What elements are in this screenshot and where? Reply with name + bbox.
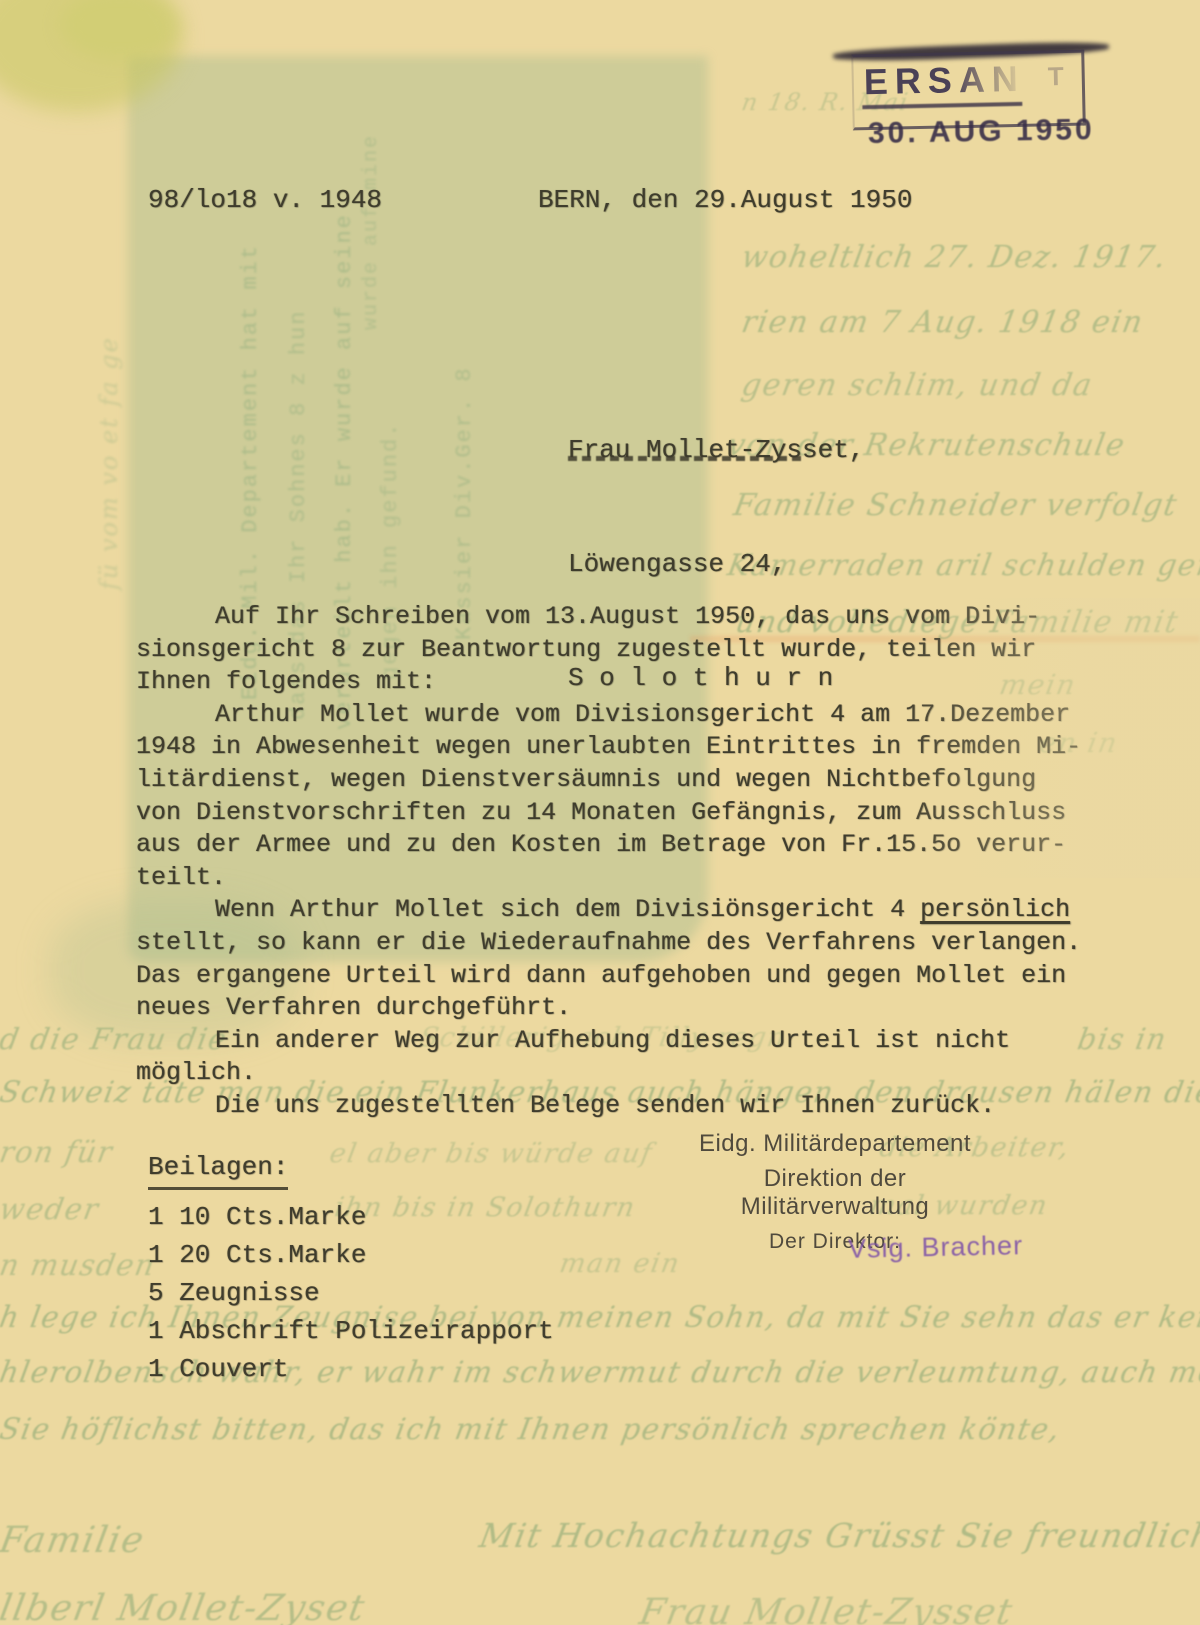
enclosure-item: 1 20 Cts.Marke [148, 1236, 554, 1274]
recipient-name: Frau Mollet-Zysset, [568, 431, 864, 469]
reference-number: 98/lo18 v. 1948 [148, 185, 382, 215]
letter-body-line: von Dienstvorschriften zu 14 Monaten Gef… [136, 797, 1126, 830]
letter-body-line: Das ergangene Urteil wird dann aufgehobe… [136, 960, 1126, 993]
enclosures-heading: Beilagen: [148, 1152, 288, 1190]
letter-body-line: Auf Ihr Schreiben vom 13.August 1950, da… [136, 601, 1126, 634]
bleedthrough-vertical-text: Kassier Div.Ger. 8 [452, 366, 477, 640]
dateline: BERN, den 29.August 1950 [538, 185, 912, 215]
letter-body-line: litärdienst, wegen Dienstversäumnis und … [136, 764, 1126, 797]
enclosure-item: 1 Couvert [148, 1350, 554, 1388]
stamp-underline [862, 102, 1022, 109]
recipient-street: Löwengasse 24, [568, 545, 864, 583]
signature-directorate: Direktion der Militärverwaltung [672, 1165, 998, 1221]
enclosure-item: 1 Abschrift Polizeirapport [148, 1312, 554, 1350]
bleedthrough-vertical-text: fü vom vo et fa ge [95, 336, 123, 590]
bleedthrough-handwriting: ron für [0, 1135, 116, 1169]
enclosures-list: 1 10 Cts.Marke1 20 Cts.Marke5 Zeugnisse1… [148, 1198, 554, 1388]
bleedthrough-handwriting: llberl Mollet-Zyset [0, 1588, 369, 1625]
letter-body-line: teilt. [136, 862, 1126, 895]
stamp-ghost-letter: T [1048, 61, 1065, 92]
letter-body-line: neues Verfahren durchgeführt. [136, 992, 1126, 1025]
letter-body-line: Ein anderer Weg zur Aufhebung dieses Urt… [136, 1025, 1126, 1058]
letter-body-line: Ihnen folgendes mit: [136, 666, 1126, 699]
letter-body-line: Die uns zugestellten Belege senden wir I… [136, 1090, 1126, 1123]
address-dashed-underline [568, 456, 806, 461]
bleedthrough-handwriting: Sie höflichst bitten, das ich mit Ihnen … [0, 1412, 1063, 1446]
scanned-letter-page: Eidg. Mil. Departement hat mitdass das I… [0, 0, 1200, 1625]
letter-body-line: aus der Armee und zu den Kosten im Betra… [136, 829, 1126, 862]
letter-body-line: stellt, so kann er die Wiederaufnahme de… [136, 927, 1126, 960]
bleedthrough-handwriting: el aber bis würde auf [327, 1138, 655, 1169]
letter-body-line: Wenn Arthur Mollet sich dem Divisiönsger… [136, 894, 1126, 927]
stamp-word: ERSAN [863, 58, 1025, 103]
bleedthrough-handwriting: n musden [0, 1248, 158, 1282]
letter-body-line: sionsgericht 8 zur Beantwortung zugestel… [136, 634, 1126, 667]
signature-stamp-name: Vsig. Bracher [848, 1230, 1024, 1265]
bleedthrough-handwriting: Mit Hochachtungs Grüsst Sie freundlich [477, 1516, 1200, 1555]
bleedthrough-handwriting: Familie [0, 1520, 148, 1561]
signature-department: Eidg. Militärdepartement [672, 1130, 998, 1158]
bleedthrough-vertical-text: wurde auf mine [360, 134, 383, 330]
letter-body-line: 1948 in Abwesenheit wegen unerlaubten Ei… [136, 731, 1126, 764]
bleedthrough-handwriting: Frau Mollet-Zysset [636, 1592, 1016, 1625]
enclosure-item: 5 Zeugnisse [148, 1274, 554, 1312]
letter-body-line: möglich. [136, 1057, 1126, 1090]
letter-body-line: Arthur Mollet wurde vom Divisionsgericht… [136, 699, 1126, 732]
underlined-word: persönlich [920, 895, 1070, 924]
bleedthrough-handwriting: rien am 7 Aug. 1918 ein [739, 305, 1147, 340]
enclosure-item: 1 10 Cts.Marke [148, 1198, 554, 1236]
bleedthrough-handwriting: weder [0, 1192, 102, 1226]
bleedthrough-handwriting: man ein [557, 1248, 683, 1279]
letter-body: Auf Ihr Schreiben vom 13.August 1950, da… [136, 601, 1126, 1123]
bleedthrough-handwriting: woheltlich 27. Dez. 1917. [739, 240, 1170, 275]
stamp-date: 30. AUG 1950 [868, 113, 1095, 151]
